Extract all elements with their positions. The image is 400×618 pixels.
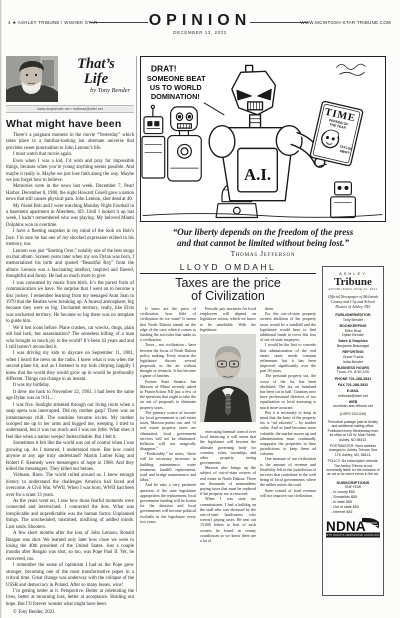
article-paragraph: I was five. Sunlight streaked through ou…	[6, 403, 134, 442]
newspaper-opinion-page: 4 ★ ASHLEY TRIBUNE / WISHEK STAR OPINION…	[0, 0, 400, 618]
masthead-usps: (USPS 033-040)	[326, 412, 380, 417]
omdahl-column-1: If taxes are the price of civilization, …	[140, 306, 196, 524]
subscriptions-list: - In county $50- Snowbirds $55- In state…	[326, 490, 380, 514]
article-paragraph: The personal property tax, the worst of …	[260, 373, 316, 409]
article-paragraph: State control of local revenue will not …	[260, 488, 316, 498]
article-paragraph: A few short months after the loss of Joh…	[6, 531, 134, 563]
ndna-bar-text: NORTH DAKOTA NEWSPAPER ASSOCIATION	[326, 534, 380, 537]
quote-line-2: and that cannot be limited without being…	[140, 238, 386, 249]
article-paragraph: If taxes are the price of civilization, …	[140, 306, 196, 342]
article-paragraph: Maxson also brings up the subject of out…	[200, 465, 256, 496]
omdahl-column-3: them.For the out-of-state property owner…	[260, 306, 316, 498]
article-paragraph: And he asks a very pertinent question: i…	[140, 482, 196, 524]
article-paragraph: It drew me back to November 22, 1963. I …	[6, 390, 134, 403]
omdahl-headline-line2: of Civilization	[140, 290, 316, 303]
article-paragraph: For the out-of-state property owners abo…	[260, 311, 316, 342]
article-paragraph: “Predictably,” he notes, “there will be …	[140, 451, 196, 482]
speech-line-4: DOMINATION!	[151, 92, 200, 101]
editorial-cartoon: DRAT! SOMEONE BEAT US TO WORLD DOMINATIO…	[140, 56, 386, 222]
thats-life-header: That’s Life by Tony Bender	[6, 56, 134, 102]
column-byline: by Tony Bender	[58, 87, 134, 94]
thats-life-column: That’s Life by Tony Bender www.tonybende…	[6, 56, 134, 615]
column-title-line2: Life	[58, 72, 134, 87]
subscription-item: - Internet $45	[326, 510, 380, 515]
masthead-box: ASHLEY Tribune ESTABLISHED JUNE 24, 1941…	[322, 266, 384, 596]
article-paragraph: There’s a poignant moment in the movie “…	[6, 133, 134, 152]
legal-paragraph: Periodical postage paid at Ashley and ad…	[326, 420, 380, 442]
ndna-logo: NDNA NORTH DAKOTA NEWSPAPER ASSOCIATION	[326, 517, 380, 540]
masthead-line: India Bender	[326, 360, 380, 365]
thats-life-title-block: That’s Life by Tony Bender	[58, 56, 134, 102]
ndna-acronym: NDNA	[326, 519, 366, 534]
article-paragraph: Taxes – not civilization – have become t…	[140, 342, 196, 378]
masthead-line: Tony Bender	[326, 318, 380, 323]
omdahl-column-2-top: Periodic pay increases for local employe…	[200, 306, 256, 332]
masthead-established: ESTABLISHED JUNE 24, 1941	[326, 288, 380, 292]
article-body: There’s a poignant moment in the movie “…	[6, 133, 134, 608]
article-paragraph: Vietnam. Riots. The world roiled around …	[6, 473, 134, 499]
masthead-line: PHONE 701-288-3531	[326, 377, 380, 382]
article-paragraph: But it is necessary to keep in mind that…	[260, 410, 316, 457]
article-paragraph: I’m getting better at it. Perspective. B…	[6, 589, 134, 608]
column-divider	[136, 56, 137, 592]
speech-line-1: DRAT!	[151, 63, 177, 73]
masthead-line: Dylan Bender	[326, 333, 380, 338]
article-copyright: © Tony Bender, 2023	[6, 610, 134, 615]
article-paragraph: I was consumed by music from birth. It’s…	[6, 281, 134, 326]
cartoonist-signature	[337, 64, 366, 75]
article-paragraph: As the years went on, I saw how those fe…	[6, 499, 134, 531]
article-paragraph: I would be the first to concede that adm…	[260, 342, 316, 373]
article-paragraph: I was driving my kids to daycare on Sept…	[6, 351, 134, 383]
author-contact-line: www.tonybender.net • redhead@drtel.net	[6, 105, 134, 113]
masthead-legal: Periodical postage paid at Ashley and ad…	[326, 420, 380, 477]
masthead-staff-list: PUBLISHER/EDITORTony BenderBOOKKEEPINGEl…	[326, 313, 380, 409]
article-paragraph: The primary source of income for local g…	[140, 410, 196, 452]
masthead-official-newspaper: Official Newspaper of McIntosh County an…	[326, 295, 380, 310]
article-paragraph: I remember the sense of optimism I had a…	[6, 563, 134, 589]
legal-paragraph: POSTMASTER: Send address changes to: Ash…	[326, 444, 380, 457]
masthead-line: Thurs.-Fri. 8:30-3:00	[326, 370, 380, 375]
masthead-line: FAX 701-288-3532	[326, 383, 380, 388]
article-paragraph: Lennon was just “Starting Over,” notably…	[6, 249, 134, 281]
omdahl-column-2-bottom: exercising biennial control over local f…	[200, 429, 256, 543]
article-paragraph: Memories were in the news last week. Dec…	[6, 184, 134, 203]
article-paragraph: One measure of our civilization is the a…	[260, 456, 316, 487]
omdahl-column-2: Periodic pay increases for local employe…	[200, 306, 256, 543]
robot-cartoon-drawing: DRAT! SOMEONE BEAT US TO WORLD DOMINATIO…	[141, 57, 384, 220]
tony-bender-photo	[6, 56, 58, 102]
article-paragraph: Even when I was a kid, I’d wish and pray…	[6, 159, 134, 185]
scan-edge	[0, 0, 2, 618]
article-paragraph: Former State Senator Jim Maxson of Minot…	[140, 379, 196, 410]
quote-line-1: “Our liberty depends on the freedom of t…	[140, 227, 386, 238]
article-paragraph: Periodic pay increases for local employe…	[200, 306, 256, 332]
article-paragraph: When I was state tax commissioner, I had…	[200, 496, 256, 543]
speech-line-2: SOMEONE BEAT	[147, 74, 206, 83]
header-website: WWW.MCINTOSH-STAR-TRIBUNE.COM	[301, 20, 392, 25]
masthead-line: mcintosh-star-tribune.net	[326, 404, 380, 409]
column-title-line1: That’s	[58, 57, 134, 72]
article-paragraph: My friend Bob and I were watching Monday…	[6, 204, 134, 230]
jefferson-quote: “Our liberty depends on the freedom of t…	[140, 227, 386, 258]
article-paragraph: We’d lost icons before. Plane crashes, c…	[6, 326, 134, 352]
speech-line-3: US TO WORLD	[150, 83, 202, 92]
subscriptions-subtitle: ONE YEAR	[326, 485, 380, 489]
article-paragraph: exercising biennial control over local f…	[200, 429, 256, 465]
header-rule-right	[250, 22, 308, 23]
masthead-line: Benjamin Braunagel	[326, 344, 380, 349]
article-paragraph: I have a fleeting snapshot in my mind of…	[6, 229, 134, 248]
omdahl-headline: Taxes are the price of Civilization	[140, 277, 316, 303]
omdahl-rule	[140, 273, 316, 274]
article-headline: What might have been	[6, 118, 134, 130]
lloyd-omdahl-photo	[200, 334, 256, 422]
masthead-line: redhead@drtel.net	[326, 394, 380, 399]
header-date: DECEMBER 13, 2023	[0, 30, 400, 35]
quote-attribution: Thomas Jefferson	[140, 250, 386, 258]
robot-chest-label: A.I.	[244, 165, 271, 184]
legal-paragraph: POLICY: No subscription refunds. The Ash…	[326, 459, 380, 477]
article-paragraph: Sometimes it felt like the world was out…	[6, 441, 134, 473]
omdahl-columnist-name: LLOYD OMDAHL	[140, 262, 316, 272]
header-rule-left	[90, 22, 148, 23]
